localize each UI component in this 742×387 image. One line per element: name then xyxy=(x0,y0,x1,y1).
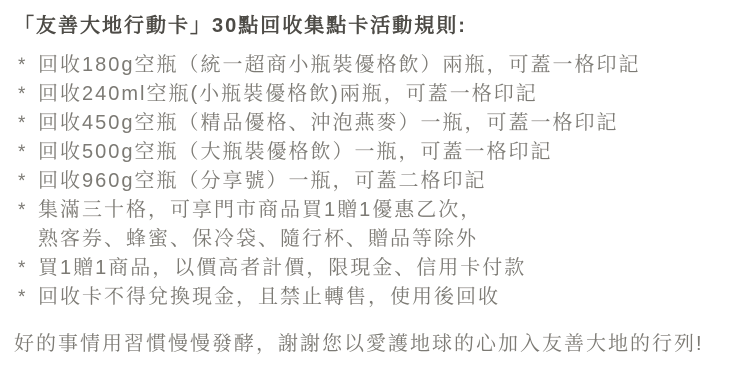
rule-bullet: * xyxy=(18,109,38,138)
rule-text: 集滿三十格，可享門市商品買1贈1優惠乙次， xyxy=(38,196,724,225)
rule-text: 回收960g空瓶（分享號）一瓶，可蓋二格印記 xyxy=(38,167,724,196)
rule-bullet: * xyxy=(18,196,38,225)
rule-text: 回收500g空瓶（大瓶裝優格飲）一瓶，可蓋一格印記 xyxy=(38,138,724,167)
rule-item: * 集滿三十格，可享門市商品買1贈1優惠乙次， xyxy=(14,196,724,225)
rule-item: * 回收180g空瓶（統一超商小瓶裝優格飲）兩瓶，可蓋一格印記 xyxy=(14,51,724,80)
rule-text: 回收240ml空瓶(小瓶裝優格飲)兩瓶，可蓋一格印記 xyxy=(38,80,724,109)
footer-note: 好的事情用習慣慢慢發酵，謝謝您以愛護地球的心加入友善大地的行列! xyxy=(14,330,724,359)
rule-bullet: * xyxy=(18,283,38,312)
rule-item: * 回收500g空瓶（大瓶裝優格飲）一瓶，可蓋一格印記 xyxy=(14,138,724,167)
rule-text: 回收450g空瓶（精品優格、沖泡燕麥）一瓶，可蓋一格印記 xyxy=(38,109,724,138)
rule-bullet: * xyxy=(18,51,38,80)
page-title: 「友善大地行動卡」30點回收集點卡活動規則: xyxy=(14,12,724,41)
rule-item: * 回收240ml空瓶(小瓶裝優格飲)兩瓶，可蓋一格印記 xyxy=(14,80,724,109)
rule-item: * 回收卡不得兌換現金，且禁止轉售，使用後回收 xyxy=(14,283,724,312)
rule-item: * 回收960g空瓶（分享號）一瓶，可蓋二格印記 xyxy=(14,167,724,196)
rule-bullet: * xyxy=(18,80,38,109)
rule-text: 買1贈1商品，以價高者計價，限現金、信用卡付款 xyxy=(38,254,724,283)
rule-bullet: * xyxy=(18,167,38,196)
rule-text: 回收180g空瓶（統一超商小瓶裝優格飲）兩瓶，可蓋一格印記 xyxy=(38,51,724,80)
rule-bullet: * xyxy=(18,138,38,167)
rule-item: * 買1贈1商品，以價高者計價，限現金、信用卡付款 xyxy=(14,254,724,283)
rule-bullet: * xyxy=(18,254,38,283)
rule-item-continuation: 熟客券、蜂蜜、保冷袋、隨行杯、贈品等除外 xyxy=(14,225,724,254)
rules-page: 「友善大地行動卡」30點回收集點卡活動規則: * 回收180g空瓶（統一超商小瓶… xyxy=(0,0,742,387)
rule-text: 熟客券、蜂蜜、保冷袋、隨行杯、贈品等除外 xyxy=(38,225,724,254)
rules-list: * 回收180g空瓶（統一超商小瓶裝優格飲）兩瓶，可蓋一格印記 * 回收240m… xyxy=(14,51,724,312)
rule-text: 回收卡不得兌換現金，且禁止轉售，使用後回收 xyxy=(38,283,724,312)
rule-item: * 回收450g空瓶（精品優格、沖泡燕麥）一瓶，可蓋一格印記 xyxy=(14,109,724,138)
